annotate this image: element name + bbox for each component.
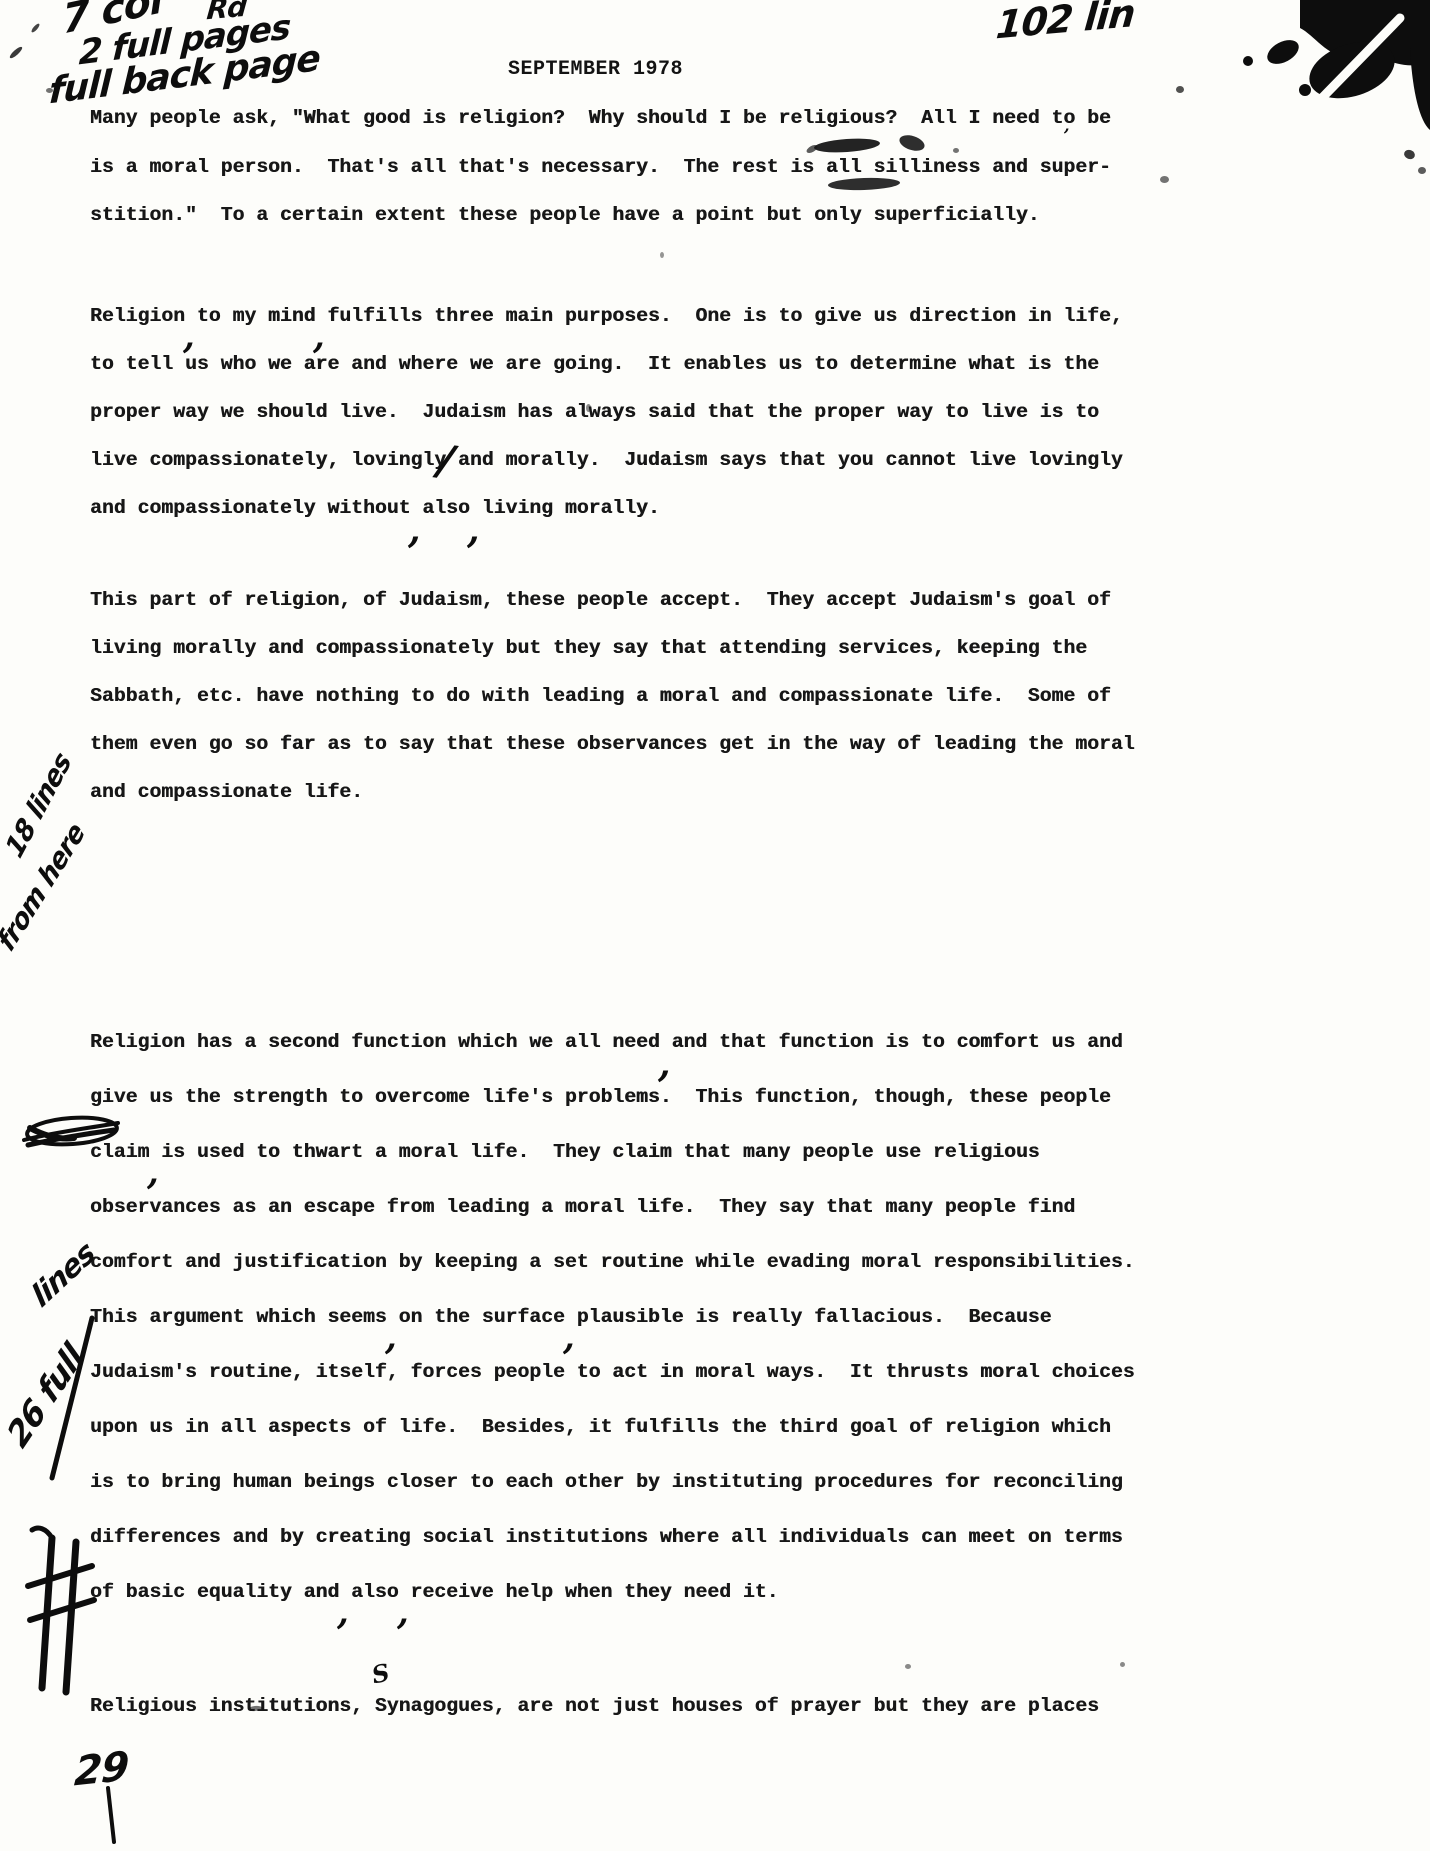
page-number-tail (108, 1788, 114, 1842)
handwritten-note-page-number-note: 29 (73, 1746, 129, 1792)
typed-line: to tell us who we are and where we are g… (90, 352, 1099, 376)
typed-line: live compassionately, lovingly and moral… (90, 448, 1123, 472)
ink-smudge (1418, 167, 1426, 174)
typed-line: observances as an escape from leading a … (90, 1195, 1075, 1219)
typed-line: and compassionate life. (90, 780, 363, 804)
ink-smudge (46, 88, 53, 93)
typed-line: Religion has a second function which we … (90, 1030, 1123, 1054)
mark-after-to: , (1064, 118, 1070, 134)
typed-line: upon us in all aspects of life. Besides,… (90, 1415, 1111, 1439)
ink-blob (1243, 0, 1430, 130)
typed-line: Sabbath, etc. have nothing to do with le… (90, 684, 1111, 708)
ink-smudge (1176, 86, 1184, 93)
typed-line: and compassionately without also living … (90, 496, 660, 520)
ink-marks-overlay (0, 0, 1430, 1851)
comma-after-seems: , (385, 1321, 397, 1355)
scanned-page: SEPTEMBER 1978 Many people ask, "What go… (0, 0, 1430, 1851)
handwritten-note-margin-note-lines: lines (28, 1237, 100, 1314)
typed-line: stition." To a certain extent these peop… (90, 203, 1040, 227)
comma-after-also-1: , (467, 512, 480, 548)
ink-smudge (814, 137, 881, 155)
comma-after-need: , (658, 1046, 671, 1082)
typed-line: claim is used to thwart a moral life. Th… (90, 1140, 1040, 1164)
ink-smudge (1403, 148, 1416, 160)
comma-after-without: , (408, 512, 421, 548)
typed-line: differences and by creating social insti… (90, 1525, 1123, 1549)
ink-smudge (660, 252, 664, 258)
comma-after-religion: , (183, 320, 195, 354)
typed-line: comfort and justification by keeping a s… (90, 1250, 1135, 1274)
typed-line: is a moral person. That's all that's nec… (90, 155, 1111, 179)
comma-after-claim: , (147, 1156, 159, 1190)
typed-line: living morally and compassionately but t… (90, 636, 1087, 660)
ink-smudge (1160, 176, 1169, 183)
ink-smudge (828, 177, 900, 192)
ink-smudge (897, 132, 926, 153)
typed-line: proper way we should live. Judaism has a… (90, 400, 1099, 424)
hash-mark (28, 1528, 94, 1692)
typed-line: Religion to my mind fulfills three main … (90, 304, 1123, 328)
ink-smudge (30, 23, 40, 34)
typed-line: give us the strength to overcome life's … (90, 1085, 1111, 1109)
typed-line: Judaism's routine, itself, forces people… (90, 1360, 1135, 1384)
slash-after-lovingly: / (435, 439, 456, 483)
ink-smudge (905, 1664, 911, 1669)
ink-smudge (1120, 1662, 1125, 1667)
typed-line: Religious institutions, Synagogues, are … (90, 1694, 1099, 1718)
comma-after-also-2: , (397, 1596, 409, 1630)
handwritten-note-line-count-note: 102 lin (995, 0, 1136, 44)
page-title: SEPTEMBER 1978 (508, 58, 683, 81)
typed-line: is to bring human beings closer to each … (90, 1470, 1123, 1494)
handwritten-note-margin-note-26-full: 26 full (2, 1338, 88, 1453)
comma-after-and: , (337, 1596, 349, 1630)
typed-line: This part of religion, of Judaism, these… (90, 588, 1111, 612)
ink-smudge (8, 45, 23, 59)
cap-s-over-synagogues: S (370, 1660, 392, 1687)
ink-smudge (805, 143, 818, 154)
comma-after-surface: , (563, 1321, 575, 1355)
comma-after-mind: , (313, 320, 325, 354)
typed-line: Many people ask, "What good is religion?… (90, 106, 1111, 130)
typed-line: of basic equality and also receive help … (90, 1580, 779, 1604)
typed-line: them even go so far as to say that these… (90, 732, 1135, 756)
ink-smudge (586, 404, 591, 412)
ink-smudge (953, 148, 959, 153)
